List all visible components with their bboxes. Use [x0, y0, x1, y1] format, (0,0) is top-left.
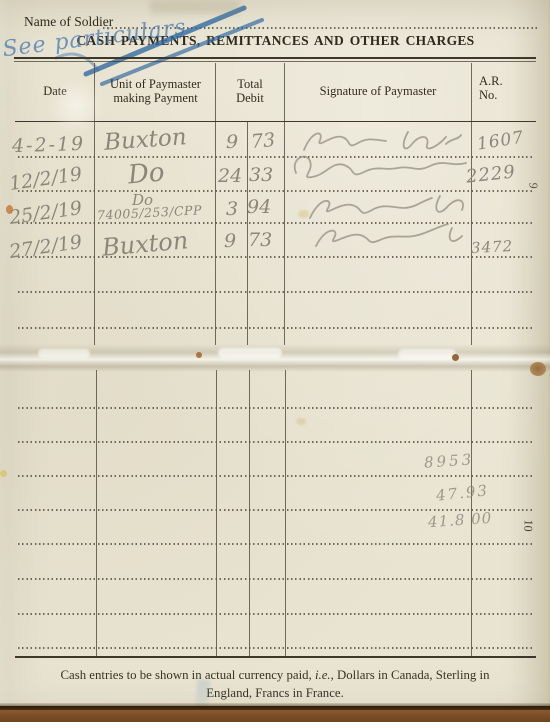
paper-crease [45, 80, 107, 132]
footer-text-post: , Dollars in Canada, Sterling in [331, 668, 490, 682]
entry-debit-minor: 33 [249, 164, 273, 186]
entry-unit-ref: 74005/253/CPP [97, 202, 203, 222]
pencil-total: 8953 [423, 450, 474, 471]
stain-orange [6, 205, 13, 214]
staple-glare [38, 349, 90, 358]
header-unit-line2: making Payment [96, 91, 215, 105]
stain-yellow-faint [296, 418, 306, 425]
entry-date: 27/2/19 [8, 231, 84, 263]
row-rule [18, 543, 534, 545]
entry-date: 25/2/19 [8, 197, 84, 229]
stain-brown [530, 362, 546, 376]
top-edge-shadow [150, 0, 240, 14]
stain-yellow [0, 470, 7, 477]
entry-debit-major: 9 [226, 131, 238, 153]
footer-note-line2: England, Francs in France. [0, 686, 550, 701]
header-debit-line2: Debit [216, 91, 284, 105]
header-ar-line2: No. [479, 88, 529, 102]
row-rule [18, 441, 534, 443]
rust-spot [452, 354, 459, 361]
row-rule [18, 647, 534, 649]
header-unit-line1: Unit of Paymaster [96, 77, 215, 91]
paymaster-signature [300, 188, 475, 258]
entry-unit: Do [127, 157, 166, 190]
title-rule-heavy [14, 57, 536, 59]
header-signature: Signature of Paymaster [285, 84, 471, 98]
footer-text-ie: i.e. [315, 668, 331, 682]
paymaster-signature [286, 147, 476, 189]
row-rule [18, 407, 534, 409]
page-number-10: 10 [520, 519, 536, 532]
row-rule [18, 578, 534, 580]
entry-debit-major: 9 [224, 230, 236, 252]
pencil-total: 41.8 00 [427, 509, 492, 531]
entry-ar-no: 3472 [471, 237, 514, 257]
entry-ar-no: 1607 [476, 127, 526, 154]
title-rule-light [14, 61, 536, 62]
row-rule [18, 613, 534, 615]
entry-unit: Buxton [103, 124, 187, 156]
row-rule [18, 291, 534, 293]
entry-debit-minor: 73 [250, 129, 276, 153]
col-divider-debit [284, 63, 285, 345]
rust-spot [196, 352, 202, 358]
pencil-total: 47.93 [435, 481, 490, 504]
entry-debit-major: 3 [226, 198, 238, 220]
staple [398, 349, 456, 359]
entry-debit-minor: 94 [247, 196, 271, 218]
table-bottom-rule [15, 656, 536, 658]
header-ar-line1: A.R. [479, 74, 529, 88]
entry-debit-minor: 73 [248, 229, 272, 251]
row-rule [18, 327, 534, 329]
page-number-9: 9 [525, 182, 540, 189]
entry-date: 4-2-19 [12, 133, 86, 158]
footer-note-line1: Cash entries to be shown in actual curre… [0, 668, 550, 683]
col-divider-unit [215, 63, 216, 345]
row-rule [18, 475, 534, 477]
paybook-scan-page: Name of Soldier CASH PAYMENTS, REMITTANC… [0, 0, 550, 722]
header-debit-line1: Total [216, 77, 284, 91]
book-cover-edge [0, 710, 550, 722]
stain-yellow-faint [298, 210, 309, 218]
entry-debit-major: 24 [218, 165, 242, 187]
staple [218, 348, 282, 358]
footer-text-pre: Cash entries to be shown in actual curre… [61, 668, 315, 682]
